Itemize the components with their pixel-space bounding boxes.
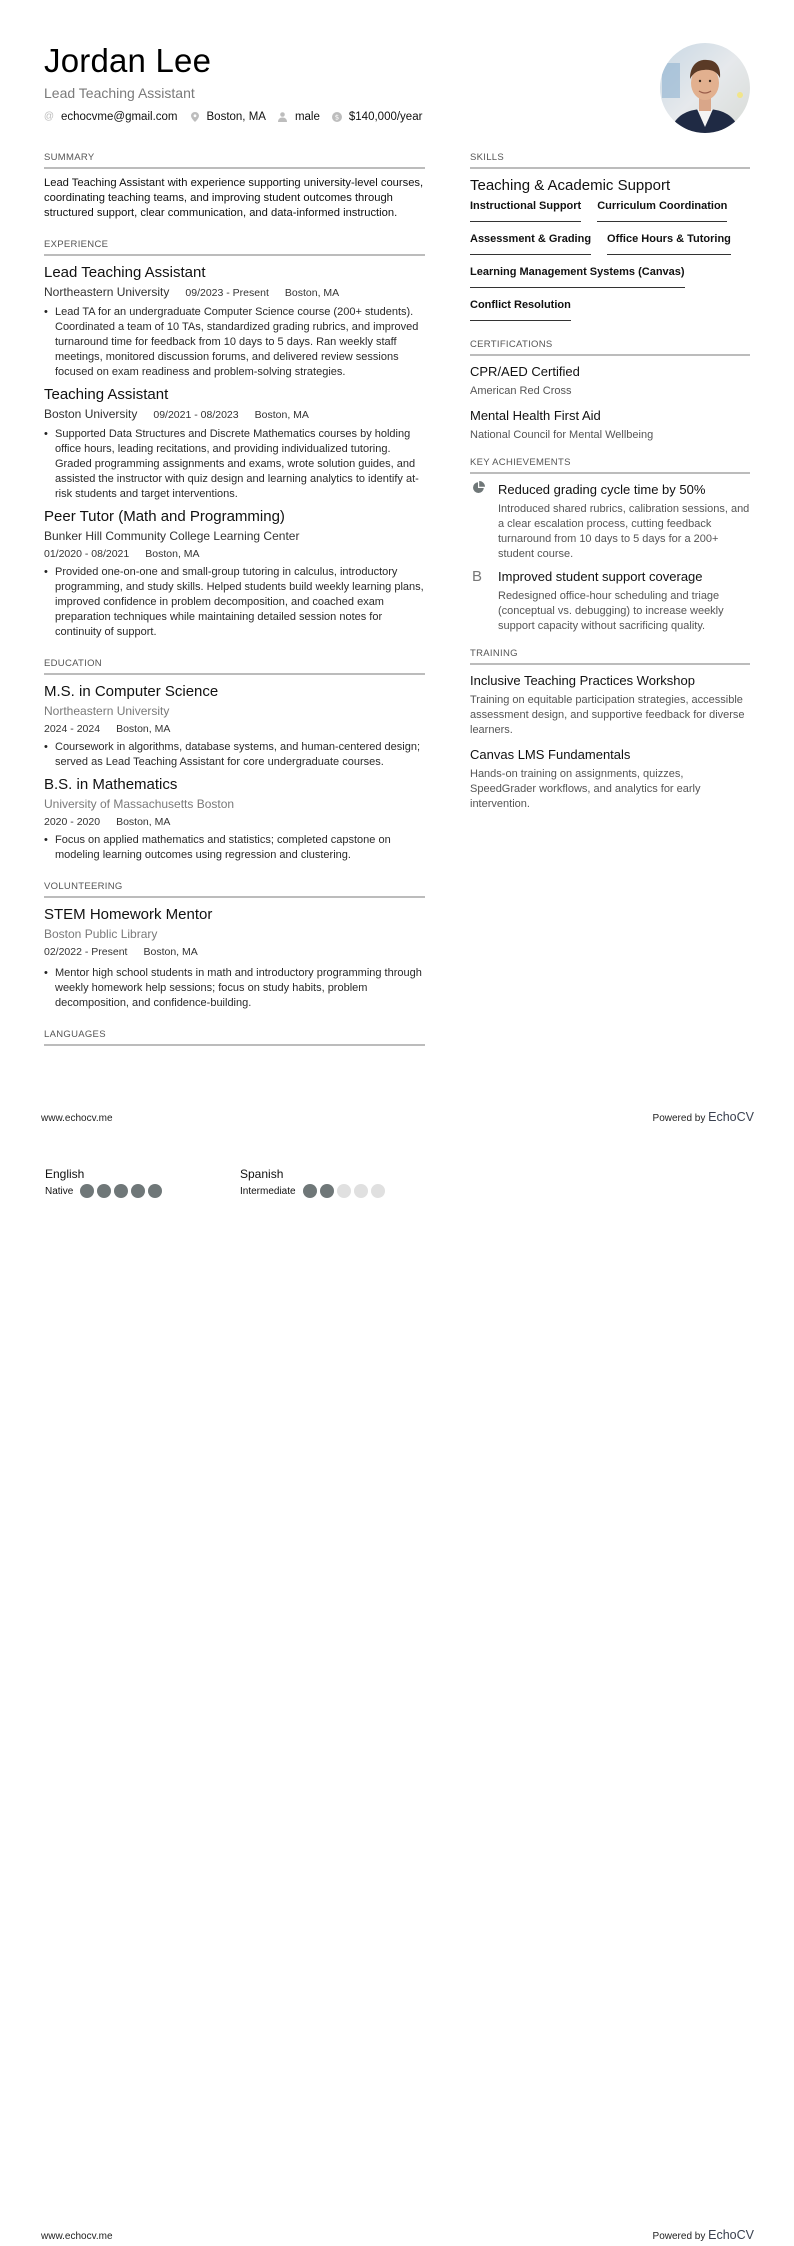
skill-tag: Learning Management Systems (Canvas)	[470, 265, 685, 288]
rating-dot-empty	[337, 1184, 351, 1198]
powered-by: Powered by EchoCV	[653, 1110, 754, 1124]
bullet-item: Mentor high school students in math and …	[44, 966, 425, 1011]
section-heading: Languages	[44, 1029, 425, 1041]
employer: Boston University	[44, 406, 137, 423]
page-footer: www.echocv.me Powered by EchoCV	[41, 1110, 754, 1124]
website-link[interactable]: www.echocv.me	[41, 2231, 113, 2242]
section-divider	[44, 673, 425, 675]
language-item: English Native	[45, 1166, 240, 1198]
job-meta: Northeastern University 09/2023 - Presen…	[44, 284, 425, 302]
bullet-item: Focus on applied mathematics and statist…	[44, 833, 425, 863]
bullet-item: Lead TA for an undergraduate Computer Sc…	[44, 305, 425, 380]
section-divider	[44, 167, 425, 169]
avatar	[660, 43, 750, 133]
certifications-section: Certifications CPR/AED Certified America…	[470, 339, 750, 443]
volunteer-org: Boston Public Library	[44, 926, 425, 943]
section-divider	[44, 896, 425, 898]
experience-section: Experience Lead Teaching Assistant North…	[44, 239, 425, 640]
training-description: Training on equitable participation stra…	[470, 693, 750, 738]
section-heading: Skills	[470, 152, 750, 164]
job-dates: 09/2023 - Present	[185, 285, 268, 302]
section-heading: Education	[44, 658, 425, 670]
employer: Northeastern University	[44, 284, 169, 301]
at-icon: @	[44, 112, 54, 122]
candidate-title: Lead Teaching Assistant	[44, 84, 750, 102]
rating-dot-filled	[80, 1184, 94, 1198]
brand-name[interactable]: EchoCV	[708, 1110, 754, 1124]
achievement-description: Redesigned office-hour scheduling and tr…	[498, 589, 750, 634]
rating-dots	[80, 1184, 165, 1198]
employer: Bunker Hill Community College Learning C…	[44, 528, 425, 545]
skill-tag: Office Hours & Tutoring	[607, 232, 731, 255]
volunteer-bullets: Mentor high school students in math and …	[44, 966, 425, 1011]
contact-location: Boston, MA	[190, 111, 266, 123]
section-heading: Certifications	[470, 339, 750, 351]
education-bullets: Coursework in algorithms, database syste…	[44, 740, 425, 770]
language-level: Intermediate	[240, 1186, 296, 1197]
candidate-name: Jordan Lee	[44, 40, 750, 82]
job-bullets: Lead TA for an undergraduate Computer Sc…	[44, 305, 425, 380]
language-proficiency: Intermediate	[240, 1184, 435, 1198]
education-bullets: Focus on applied mathematics and statist…	[44, 833, 425, 863]
summary-section: Summary Lead Teaching Assistant with exp…	[44, 152, 425, 221]
job-title: Lead Teaching Assistant	[44, 263, 425, 282]
section-divider	[470, 167, 750, 169]
job-meta: Boston University 09/2021 - 08/2023 Bost…	[44, 406, 425, 424]
achievement-item: B Improved student support coverage Rede…	[470, 568, 750, 634]
brand-name[interactable]: EchoCV	[708, 2228, 754, 2242]
education-location: Boston, MA	[116, 722, 170, 737]
section-heading: Summary	[44, 152, 425, 164]
job-location: Boston, MA	[255, 407, 309, 424]
training-name: Inclusive Teaching Practices Workshop	[470, 672, 750, 690]
contact-salary: $ $140,000/year	[332, 111, 423, 123]
page-footer: www.echocv.me Powered by EchoCV	[41, 2228, 754, 2242]
contact-email[interactable]: @ echocvme@gmail.com	[44, 111, 178, 123]
rating-dot-filled	[114, 1184, 128, 1198]
website-link[interactable]: www.echocv.me	[41, 1113, 113, 1124]
pie-chart-icon	[470, 481, 498, 562]
rating-dot-filled	[303, 1184, 317, 1198]
certification-issuer: National Council for Mental Wellbeing	[470, 428, 750, 443]
gender-text: male	[295, 111, 320, 123]
volunteering-section: Volunteering STEM Homework Mentor Boston…	[44, 881, 425, 1011]
section-divider	[470, 663, 750, 665]
section-heading: Experience	[44, 239, 425, 251]
volunteer-meta: 02/2022 - Present Boston, MA	[44, 945, 425, 960]
certification-name: CPR/AED Certified	[470, 363, 750, 381]
bullet-item: Supported Data Structures and Discrete M…	[44, 427, 425, 502]
education-entry: M.S. in Computer Science Northeastern Un…	[44, 682, 425, 770]
rating-dot-filled	[131, 1184, 145, 1198]
achievement-item: Reduced grading cycle time by 50% Introd…	[470, 481, 750, 562]
job-title: Peer Tutor (Math and Programming)	[44, 507, 425, 526]
languages-list: English Native Spanish Intermediate	[45, 1166, 435, 1198]
contact-row: @ echocvme@gmail.com Boston, MA male $ $…	[44, 111, 750, 123]
bullet-item: Coursework in algorithms, database syste…	[44, 740, 425, 770]
education-section: Education M.S. in Computer Science North…	[44, 658, 425, 863]
training-section: Training Inclusive Teaching Practices Wo…	[470, 648, 750, 812]
education-entry: B.S. in Mathematics University of Massac…	[44, 775, 425, 863]
job-meta: 01/2020 - 08/2021 Boston, MA	[44, 547, 425, 562]
job-bullets: Provided one-on-one and small-group tuto…	[44, 565, 425, 640]
section-divider	[470, 472, 750, 474]
volunteer-location: Boston, MA	[143, 945, 197, 960]
resume-header: Jordan Lee Lead Teaching Assistant @ ech…	[44, 40, 750, 140]
experience-entry: Peer Tutor (Math and Programming) Bunker…	[44, 507, 425, 640]
skill-group-title: Teaching & Academic Support	[470, 176, 750, 196]
section-heading: Key Achievements	[470, 457, 750, 469]
education-meta: 2020 - 2020 Boston, MA	[44, 815, 425, 830]
location-pin-icon	[190, 112, 200, 122]
job-dates: 01/2020 - 08/2021	[44, 547, 129, 562]
section-divider	[44, 1044, 425, 1046]
rating-dot-filled	[97, 1184, 111, 1198]
skill-tag: Curriculum Coordination	[597, 199, 727, 222]
language-name: English	[45, 1166, 240, 1182]
education-dates: 2020 - 2020	[44, 815, 100, 830]
right-column: Skills Teaching & Academic Support Instr…	[470, 152, 750, 830]
contact-gender: male	[278, 111, 320, 123]
volunteer-dates: 02/2022 - Present	[44, 945, 127, 960]
certification-issuer: American Red Cross	[470, 384, 750, 399]
section-divider	[44, 254, 425, 256]
section-heading: Training	[470, 648, 750, 660]
volunteer-role: STEM Homework Mentor	[44, 905, 425, 924]
job-title: Teaching Assistant	[44, 385, 425, 404]
language-name: Spanish	[240, 1166, 435, 1182]
letter-b-icon: B	[470, 568, 498, 634]
job-location: Boston, MA	[285, 285, 339, 302]
skill-tag: Conflict Resolution	[470, 298, 571, 321]
salary-text: $140,000/year	[349, 111, 423, 123]
job-bullets: Supported Data Structures and Discrete M…	[44, 427, 425, 502]
rating-dot-filled	[320, 1184, 334, 1198]
certification-name: Mental Health First Aid	[470, 407, 750, 425]
school: University of Massachusetts Boston	[44, 796, 425, 813]
skill-tag: Instructional Support	[470, 199, 581, 222]
languages-section: Languages	[44, 1029, 425, 1046]
training-name: Canvas LMS Fundamentals	[470, 746, 750, 764]
powered-by: Powered by EchoCV	[653, 2228, 754, 2242]
achievement-title: Reduced grading cycle time by 50%	[498, 481, 750, 499]
section-heading: Volunteering	[44, 881, 425, 893]
person-icon	[278, 112, 288, 122]
summary-text: Lead Teaching Assistant with experience …	[44, 176, 425, 221]
rating-dots	[303, 1184, 388, 1198]
rating-dot-empty	[371, 1184, 385, 1198]
svg-text:$: $	[335, 114, 339, 122]
bullet-item: Provided one-on-one and small-group tuto…	[44, 565, 425, 640]
language-item: Spanish Intermediate	[240, 1166, 435, 1198]
job-location: Boston, MA	[145, 547, 199, 562]
training-description: Hands-on training on assignments, quizze…	[470, 767, 750, 812]
language-level: Native	[45, 1186, 73, 1197]
location-text: Boston, MA	[207, 111, 266, 123]
rating-dot-filled	[148, 1184, 162, 1198]
achievements-section: Key Achievements Reduced grading cycle t…	[470, 457, 750, 634]
skill-tag: Assessment & Grading	[470, 232, 591, 255]
skill-tags: Instructional Support Curriculum Coordin…	[470, 199, 750, 331]
skills-section: Skills Teaching & Academic Support Instr…	[470, 152, 750, 331]
section-divider	[470, 354, 750, 356]
volunteering-entry: STEM Homework Mentor Boston Public Libra…	[44, 905, 425, 1011]
degree: B.S. in Mathematics	[44, 775, 425, 794]
degree: M.S. in Computer Science	[44, 682, 425, 701]
education-location: Boston, MA	[116, 815, 170, 830]
money-icon: $	[332, 112, 342, 122]
education-dates: 2024 - 2024	[44, 722, 100, 737]
achievement-description: Introduced shared rubrics, calibration s…	[498, 502, 750, 562]
rating-dot-empty	[354, 1184, 368, 1198]
email-text: echocvme@gmail.com	[61, 111, 178, 123]
experience-entry: Lead Teaching Assistant Northeastern Uni…	[44, 263, 425, 380]
left-column: Summary Lead Teaching Assistant with exp…	[44, 152, 425, 1064]
education-meta: 2024 - 2024 Boston, MA	[44, 722, 425, 737]
achievement-title: Improved student support coverage	[498, 568, 750, 586]
experience-entry: Teaching Assistant Boston University 09/…	[44, 385, 425, 502]
school: Northeastern University	[44, 703, 425, 720]
job-dates: 09/2021 - 08/2023	[153, 407, 238, 424]
language-proficiency: Native	[45, 1184, 240, 1198]
